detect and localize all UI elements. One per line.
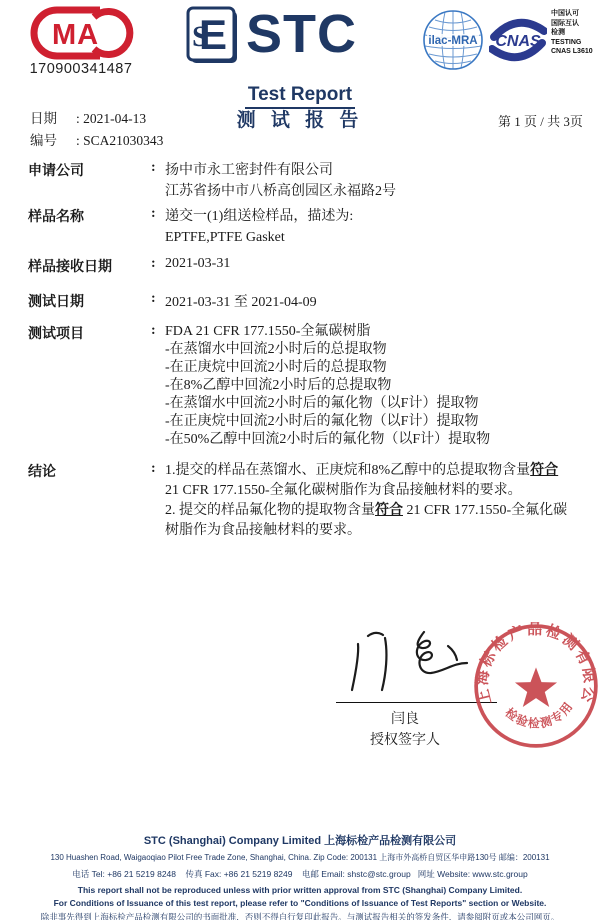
- sample-name-value: 递交一(1)组送检样品，描述为: EPTFE,PTFE Gasket: [165, 206, 579, 248]
- test-item: -在蒸馏水中回流2小时后的氟化物（以F计）提取物: [165, 395, 579, 413]
- stc-badge-icon: E S: [186, 6, 240, 66]
- receipt-date-label: 样品接收日期: [28, 256, 112, 276]
- footer-contact: 电话 Tel: +86 21 5219 8248 传真 Fax: +86 21 …: [0, 868, 600, 880]
- footer: STC (Shanghai) Company Limited 上海标检产品检测有…: [0, 832, 600, 920]
- test-item: -在蒸馏水中回流2小时后的总提取物: [165, 341, 579, 359]
- conclusion-label: 结论: [28, 461, 56, 481]
- signatory-role: 授权签字人: [320, 729, 490, 749]
- cnas-accreditation-text: 中国认可 国际互认 检测 TESTING CNAS L3610: [551, 9, 593, 57]
- date-label: 日期: [30, 107, 76, 127]
- test-item: -在8%乙醇中回流2小时后的总提取物: [165, 377, 579, 395]
- svg-text:ilac-MRA: ilac-MRA: [428, 35, 477, 47]
- stc-wordmark: STC: [246, 6, 357, 62]
- date-value: : 2021-04-13: [76, 111, 146, 126]
- conclusion-text: 1.提交的样品在蒸馏水、正庚烷和8%乙醇中的总提取物含量符合 21 CFR 17…: [165, 461, 573, 541]
- report-date-row: 日期: 2021-04-13: [30, 107, 146, 127]
- ilac-mra-logo-icon: ilac-MRA: [421, 8, 485, 72]
- footer-notice-en-2: For Conditions of Issuance of this test …: [0, 898, 600, 908]
- report-number-row: 编号: SCA21030343: [30, 129, 163, 149]
- test-date-label: 测试日期: [28, 291, 84, 311]
- signatory-name: 闫良: [320, 708, 490, 728]
- test-items-label: 测试项目: [28, 323, 84, 343]
- stc-logo: E S STC: [186, 6, 357, 66]
- test-items-list: FDA 21 CFR 177.1550-全氟碳树脂 -在蒸馏水中回流2小时后的总…: [165, 323, 579, 449]
- applicant-value: 扬中市永工密封件有限公司 江苏省扬中市八桥高创园区永福路2号: [165, 160, 579, 202]
- svg-text:S: S: [192, 20, 209, 53]
- conclusion-item-1: 1.提交的样品在蒸馏水、正庚烷和8%乙醇中的总提取物含量符合 21 CFR 17…: [165, 461, 573, 501]
- test-item: -在正庚烷中回流2小时后的氟化物（以F计）提取物: [165, 413, 579, 431]
- compliance-emphasis: 符合: [530, 463, 558, 478]
- test-item: -在正庚烷中回流2小时后的总提取物: [165, 359, 579, 377]
- footer-address: 130 Huashen Road, Waigaoqiao Pilot Free …: [0, 852, 600, 863]
- page-indicator: 第 1 页 / 共 3页: [498, 111, 583, 130]
- cma-logo-icon: MA: [28, 4, 140, 62]
- footer-company-name: STC (Shanghai) Company Limited 上海标检产品检测有…: [0, 832, 600, 848]
- cnas-logo-icon: CNAS: [489, 16, 547, 64]
- test-item: FDA 21 CFR 177.1550-全氟碳树脂: [165, 323, 579, 341]
- report-no-value: : SCA21030343: [76, 133, 163, 148]
- company-seal: 上海标检产品检测有限公司 检验检测专用章: [472, 622, 600, 750]
- test-date-value: 2021-03-31 至 2021-04-09: [165, 291, 579, 311]
- seal-star-icon: [515, 667, 557, 707]
- test-report-page: { "header": { "cma_text": "MA", "cma_num…: [0, 0, 600, 920]
- footer-notice-en-1: This report shall not be reproduced unle…: [0, 885, 600, 895]
- compliance-emphasis: 符合: [375, 503, 403, 518]
- test-item: -在50%乙醇中回流2小时后的氟化物（以F计）提取物: [165, 431, 579, 449]
- cma-certificate-number: 170900341487: [22, 61, 140, 77]
- report-no-label: 编号: [30, 129, 76, 149]
- svg-text:CNAS: CNAS: [495, 33, 541, 50]
- conclusion-item-2: 2. 提交的样品氟化物的提取物含量符合 21 CFR 177.1550-全氟化碳…: [165, 501, 573, 541]
- svg-text:MA: MA: [52, 19, 99, 51]
- receipt-date-value: 2021-03-31: [165, 256, 579, 272]
- footer-notice-zh: 除非事先得到上海标检产品检测有限公司的书面批准，否则不得自行复印此报告。与测试报…: [0, 911, 600, 920]
- sample-name-label: 样品名称: [28, 206, 84, 226]
- applicant-label: 申请公司: [28, 160, 84, 180]
